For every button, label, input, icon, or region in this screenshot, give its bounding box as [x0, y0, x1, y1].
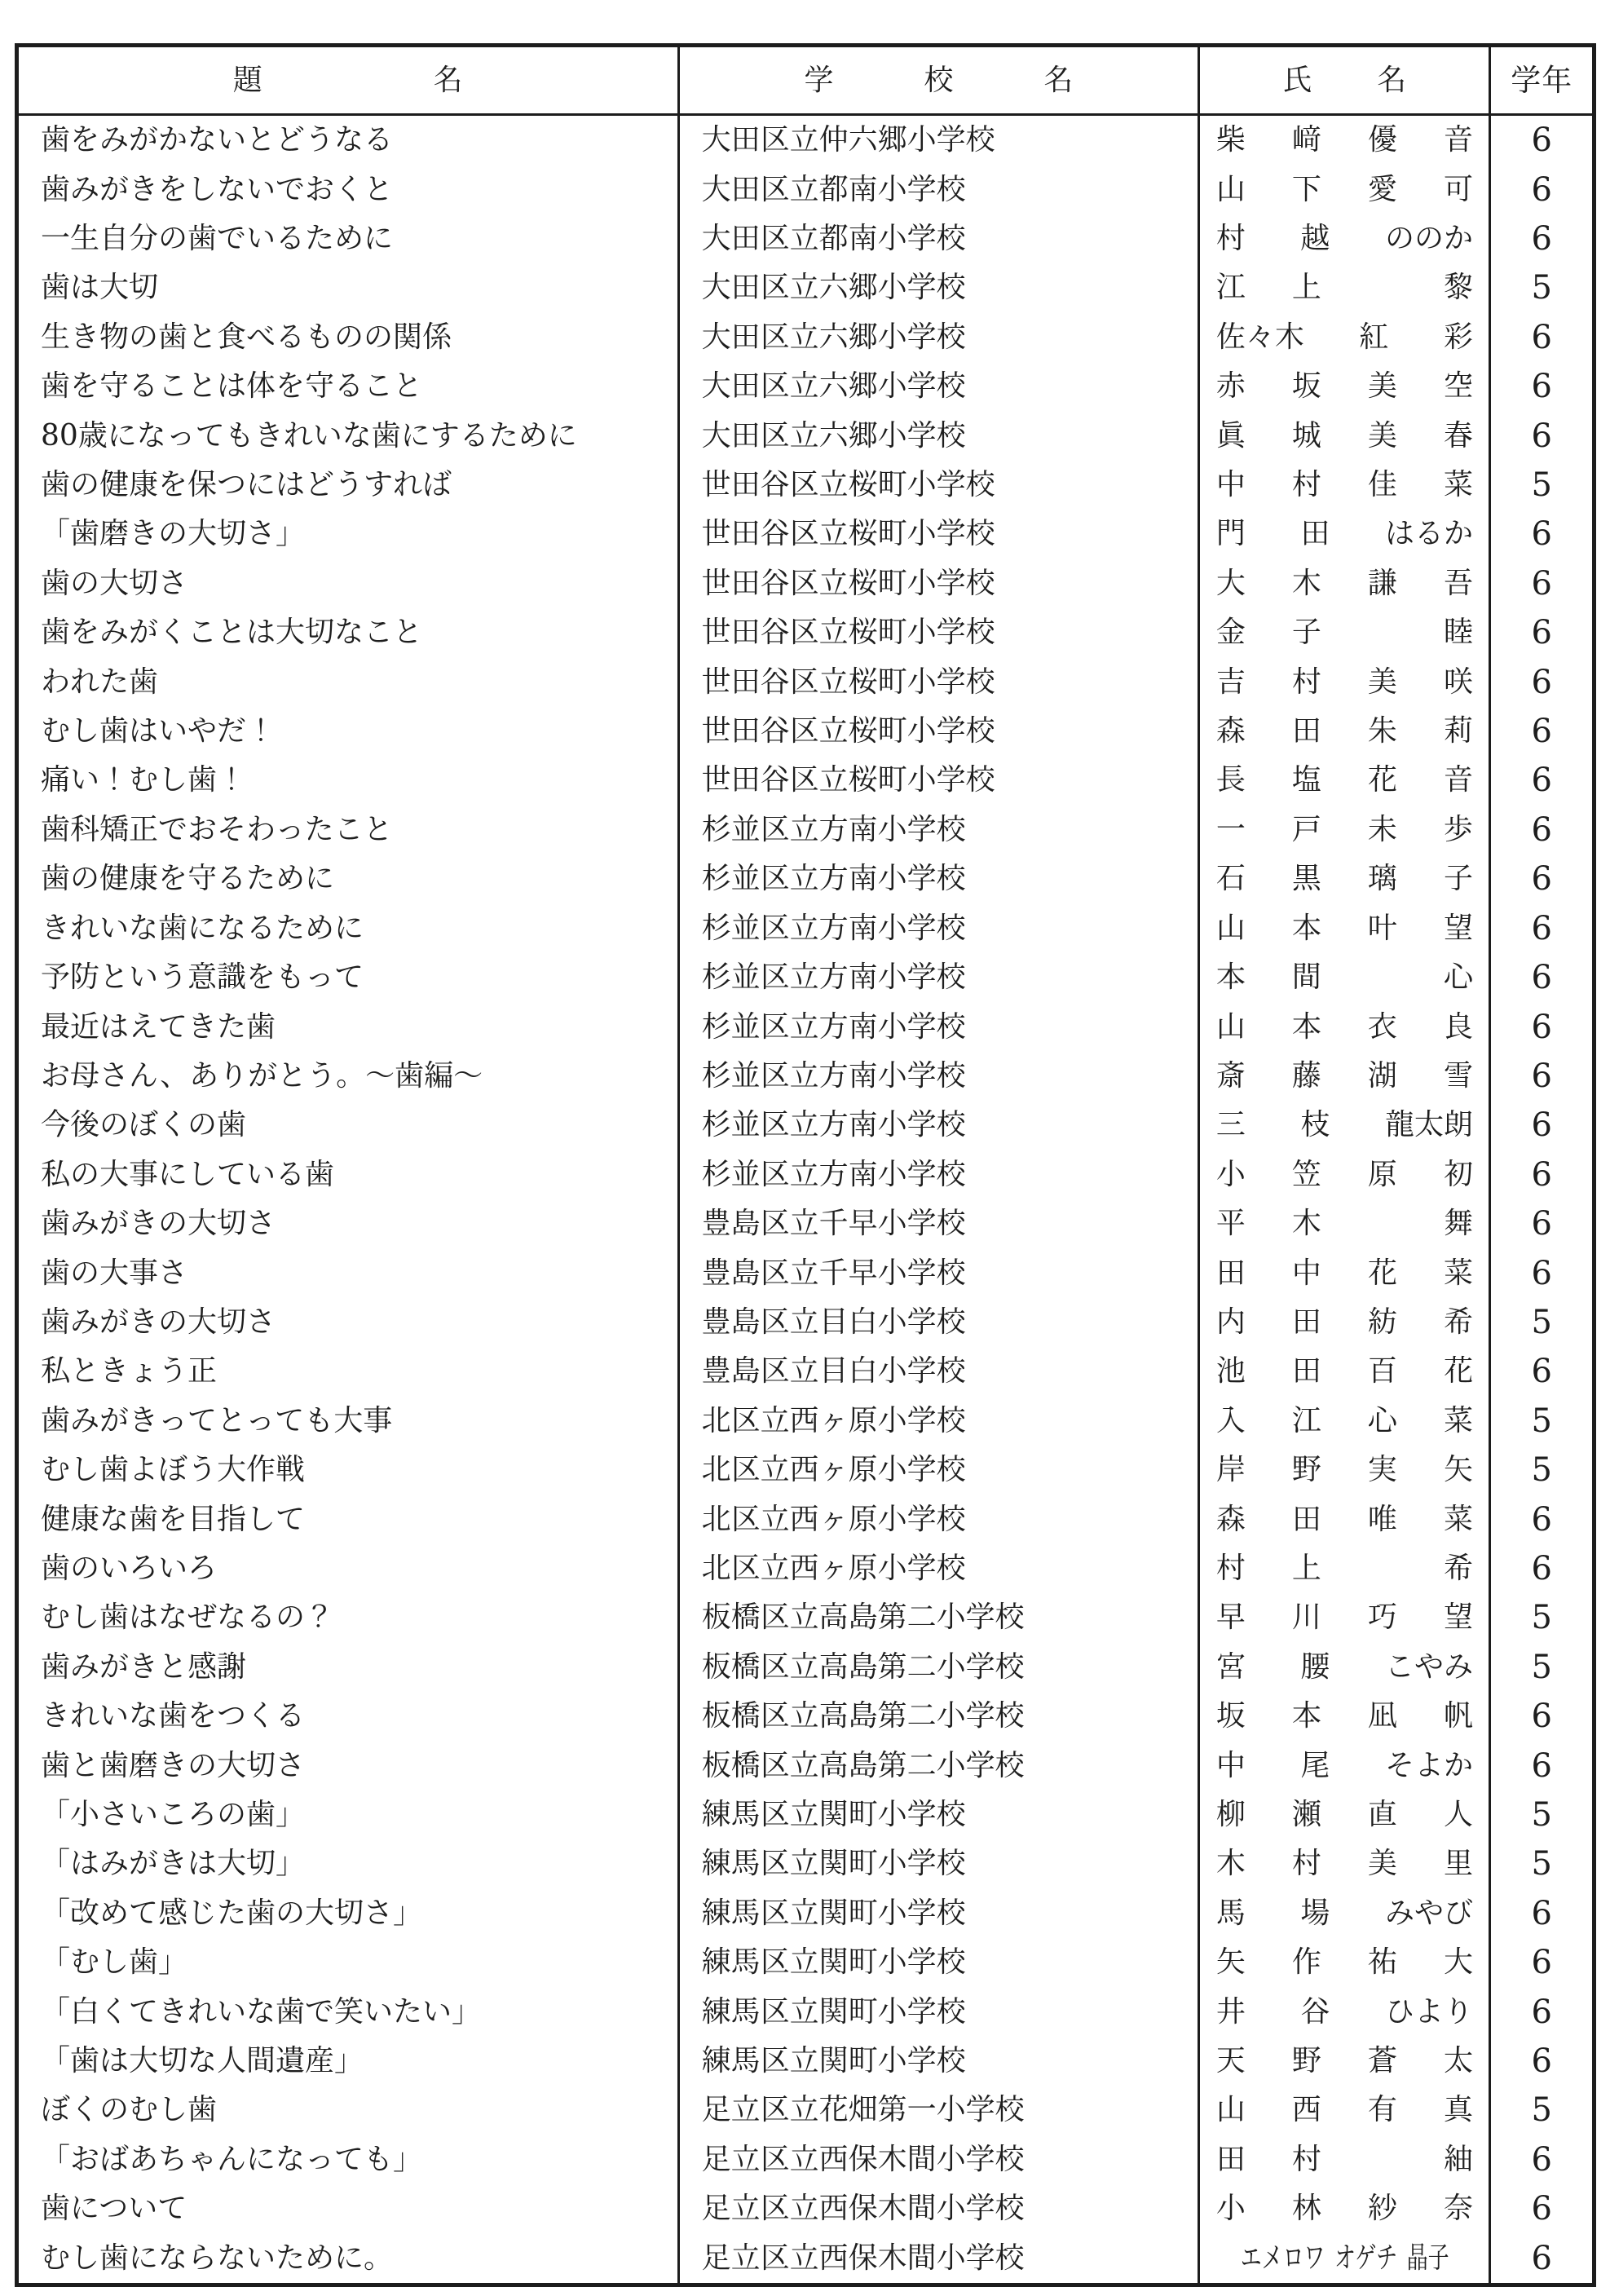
cell-title: 歯のいろいろ: [19, 1544, 680, 1593]
student-name-segment: 﨑: [1292, 126, 1321, 155]
cell-title: 今後のぼくの歯: [19, 1101, 680, 1150]
table-row: 今後のぼくの歯杉並区立方南小学校三枝龍太朗6: [19, 1101, 1592, 1150]
cell-title: 生き物の歯と食べるものの関係: [19, 313, 680, 362]
student-name-segment: 望: [1444, 1603, 1473, 1632]
cell-grade: 6: [1491, 953, 1592, 1002]
student-name-segment: 優: [1368, 126, 1397, 155]
student-name-segment: 愛: [1368, 175, 1397, 205]
student-name-box: 斎藤湖雪: [1216, 1062, 1473, 1091]
cell-name: 村上 希: [1200, 1544, 1491, 1593]
student-name-segment: 謙: [1368, 569, 1397, 598]
student-name-segment: 真: [1444, 2095, 1473, 2125]
student-name-segment: 原: [1368, 1160, 1397, 1190]
document-page: 題名 学校名 氏名 学年 歯をみがかないとどうなる大田区立仲六郷小学校柴﨑優音6…: [0, 0, 1610, 2296]
header-title-box: 題名: [233, 66, 463, 95]
student-name-segment: 尾: [1300, 1751, 1330, 1781]
student-name-segment: 可: [1444, 175, 1473, 205]
cell-name: 森田朱莉: [1200, 707, 1491, 756]
student-name-segment: 木: [1216, 1849, 1246, 1879]
cell-title: 一生自分の歯でいるために: [19, 214, 680, 263]
cell-title: お母さん、ありがとう。〜歯編〜: [19, 1052, 680, 1101]
table-row: 「白くてきれいな歯で笑いたい」練馬区立関町小学校井谷ひより6: [19, 1987, 1592, 2036]
cell-grade: 6: [1491, 165, 1592, 214]
cell-school: 板橋区立高島第二小学校: [680, 1741, 1201, 1790]
cell-grade: 6: [1491, 362, 1592, 411]
cell-school: 北区立西ヶ原小学校: [680, 1495, 1201, 1543]
student-name-segment: 矢: [1444, 1455, 1473, 1485]
cell-name: 小林紗奈: [1200, 2184, 1491, 2233]
header-grade: 学年: [1491, 47, 1592, 113]
cell-school: 練馬区立関町小学校: [680, 1839, 1201, 1888]
student-name-segment: 間: [1292, 963, 1321, 992]
student-name-segment: 小: [1216, 1160, 1246, 1190]
student-name-segment: 野: [1292, 2047, 1321, 2076]
cell-grade: 6: [1491, 411, 1592, 460]
table-row: 健康な歯を目指して北区立西ヶ原小学校森田唯菜6: [19, 1495, 1592, 1543]
student-name-box: 山西有真: [1216, 2095, 1473, 2125]
student-name-segment: 花: [1444, 1357, 1473, 1386]
cell-name: 本間 心: [1200, 953, 1491, 1002]
cell-grade: 6: [1491, 116, 1592, 165]
student-name-segment: 黒: [1292, 864, 1321, 894]
student-name-segment: 蒼: [1368, 2047, 1397, 2076]
cell-name: 森田唯菜: [1200, 1495, 1491, 1543]
cell-grade: 6: [1491, 806, 1592, 854]
student-name-segment: 場: [1300, 1899, 1330, 1928]
student-name-segment: 眞: [1216, 422, 1246, 451]
cell-name: 石黒璃子: [1200, 854, 1491, 903]
student-name-segment: 希: [1444, 1308, 1473, 1337]
student-name-segment: 江: [1292, 1406, 1321, 1436]
cell-school: 豊島区立千早小学校: [680, 1199, 1201, 1248]
student-name-segment: 晶子: [1407, 2244, 1449, 2273]
table-row: 「改めて感じた歯の大切さ」練馬区立関町小学校馬場みやび6: [19, 1889, 1592, 1938]
student-name-segment: [1368, 618, 1397, 647]
student-name-segment: 作: [1292, 1948, 1321, 1977]
cell-title: きれいな歯になるために: [19, 904, 680, 953]
cell-school: 足立区立花畑第一小学校: [680, 2086, 1201, 2135]
table-row: 生き物の歯と食べるものの関係大田区立六郷小学校佐々木紅彩6: [19, 313, 1592, 362]
table-body: 歯をみがかないとどうなる大田区立仲六郷小学校柴﨑優音6歯みがきをしないでおくと大…: [19, 116, 1592, 2283]
table-row: 歯について足立区立西保木間小学校小林紗奈6: [19, 2184, 1592, 2233]
cell-school: 北区立西ヶ原小学校: [680, 1446, 1201, 1495]
student-name-segment: 腰: [1300, 1653, 1330, 1682]
student-name-segment: 山: [1216, 175, 1246, 205]
table-row: 一生自分の歯でいるために大田区立都南小学校村越ののか6: [19, 214, 1592, 263]
student-name-segment: 石: [1216, 864, 1246, 894]
student-name-segment: 吉: [1216, 668, 1246, 697]
student-name-segment: 門: [1216, 519, 1246, 549]
student-name-box: 中村佳菜: [1216, 470, 1473, 500]
student-name-box: 井谷ひより: [1216, 1998, 1473, 2027]
student-name-box: 金子 睦: [1216, 618, 1473, 647]
cell-title: ぼくのむし歯: [19, 2086, 680, 2135]
cell-name: 山西有真: [1200, 2086, 1491, 2135]
student-name-segment: 佐々木: [1216, 323, 1304, 352]
student-name-segment: 田: [1300, 519, 1330, 549]
student-name-segment: 黎: [1444, 273, 1473, 302]
student-name-box: 山下愛可: [1216, 175, 1473, 205]
student-name-segment: 直: [1368, 1800, 1397, 1830]
student-name-box: 田村 紬: [1216, 2145, 1473, 2175]
cell-school: 大田区立六郷小学校: [680, 263, 1201, 312]
student-name-box: 柳瀬直人: [1216, 1800, 1473, 1830]
student-name-segment: 田: [1292, 1505, 1321, 1534]
cell-school: 板橋区立高島第二小学校: [680, 1692, 1201, 1741]
student-name-segment: 子: [1292, 618, 1321, 647]
student-name-segment: 野: [1292, 1455, 1321, 1485]
student-name-segment: 笠: [1292, 1160, 1321, 1190]
cell-school: 世田谷区立桜町小学校: [680, 657, 1201, 706]
cell-title: 「歯磨きの大切さ」: [19, 510, 680, 559]
cell-title: むし歯にならないために。: [19, 2233, 680, 2282]
cell-school: 大田区立都南小学校: [680, 214, 1201, 263]
cell-name: 坂本凪帆: [1200, 1692, 1491, 1741]
cell-grade: 6: [1491, 657, 1592, 706]
student-name-segment: 舞: [1444, 1209, 1473, 1239]
table-row: われた歯世田谷区立桜町小学校吉村美咲6: [19, 657, 1592, 706]
student-name-segment: 早: [1216, 1603, 1246, 1632]
student-name-segment: 矢: [1216, 1948, 1246, 1977]
cell-school: 世田谷区立桜町小学校: [680, 461, 1201, 510]
student-name-segment: 雪: [1444, 1062, 1473, 1091]
student-name-segment: 上: [1292, 273, 1321, 302]
table-row: むし歯はなぜなるの？板橋区立高島第二小学校早川巧望5: [19, 1593, 1592, 1642]
student-name-segment: 村: [1292, 2145, 1321, 2175]
cell-grade: 5: [1491, 1397, 1592, 1446]
student-name-segment: 音: [1444, 126, 1473, 155]
student-name-segment: 吾: [1444, 569, 1473, 598]
cell-school: 豊島区立千早小学校: [680, 1248, 1201, 1297]
student-name-box: 長塩花音: [1216, 766, 1473, 795]
cell-grade: 6: [1491, 904, 1592, 953]
cell-school: 大田区立六郷小学校: [680, 313, 1201, 362]
header-name-box: 氏名: [1282, 66, 1406, 95]
student-name-segment: 望: [1444, 914, 1473, 943]
student-name-segment: 森: [1216, 1505, 1246, 1534]
cell-grade: 6: [1491, 2184, 1592, 2233]
student-name-segment: 一: [1216, 815, 1246, 845]
table-row: 「小さいころの歯」練馬区立関町小学校柳瀬直人5: [19, 1790, 1592, 1839]
cell-school: 杉並区立方南小学校: [680, 1052, 1201, 1101]
student-name-segment: 祐: [1368, 1948, 1397, 1977]
student-name-segment: 大: [1216, 569, 1246, 598]
cell-name: 柳瀬直人: [1200, 1790, 1491, 1839]
table-row: 予防という意識をもって杉並区立方南小学校本間 心6: [19, 953, 1592, 1002]
student-name-segment: [1368, 1554, 1397, 1583]
table-row: きれいな歯をつくる板橋区立高島第二小学校坂本凪帆6: [19, 1692, 1592, 1741]
table-row: きれいな歯になるために杉並区立方南小学校山本叶望6: [19, 904, 1592, 953]
cell-title: 「小さいころの歯」: [19, 1790, 680, 1839]
cell-grade: 5: [1491, 1643, 1592, 1692]
student-name-segment: 菜: [1444, 1505, 1473, 1534]
cell-school: 杉並区立方南小学校: [680, 806, 1201, 854]
table-row: むし歯よぼう大作戦北区立西ヶ原小学校岸野実矢5: [19, 1446, 1592, 1495]
student-name-segment: オゲチ: [1334, 2244, 1397, 2273]
student-name-box: 馬場みやび: [1216, 1899, 1473, 1928]
cell-grade: 6: [1491, 1199, 1592, 1248]
cell-title: 歯の健康を保つにはどうすれば: [19, 461, 680, 510]
cell-name: 平木 舞: [1200, 1199, 1491, 1248]
cell-name: 池田百花: [1200, 1347, 1491, 1396]
table-row: 歯を守ることは体を守ること大田区立六郷小学校赤坂美空6: [19, 362, 1592, 411]
student-name-segment: 大: [1444, 1948, 1473, 1977]
student-name-segment: 心: [1444, 963, 1473, 992]
student-name-segment: 村: [1216, 224, 1246, 254]
student-name-segment: 有: [1368, 2095, 1397, 2125]
student-name-segment: そよか: [1385, 1751, 1473, 1781]
student-name-segment: 上: [1292, 1554, 1321, 1583]
student-name-segment: はるか: [1385, 519, 1473, 549]
cell-name: 天野蒼太: [1200, 2037, 1491, 2086]
cell-title: 歯について: [19, 2184, 680, 2233]
table-row: 歯のいろいろ北区立西ヶ原小学校村上 希6: [19, 1544, 1592, 1593]
cell-title: 健康な歯を目指して: [19, 1495, 680, 1543]
student-name-segment: 中: [1292, 1259, 1321, 1288]
student-name-box: 坂本凪帆: [1216, 1702, 1473, 1731]
student-name-segment: 花: [1368, 1259, 1397, 1288]
student-name-segment: 菜: [1444, 1259, 1473, 1288]
student-name-segment: 叶: [1368, 914, 1397, 943]
cell-grade: 5: [1491, 2086, 1592, 2135]
cell-grade: 5: [1491, 1298, 1592, 1347]
cell-school: 大田区立六郷小学校: [680, 411, 1201, 460]
student-name-segment: 春: [1444, 422, 1473, 451]
cell-name: 長塩花音: [1200, 756, 1491, 805]
table-row: 歯みがきの大切さ豊島区立千早小学校平木 舞6: [19, 1199, 1592, 1248]
cell-school: 練馬区立関町小学校: [680, 1987, 1201, 2036]
student-name-box: 田中花菜: [1216, 1259, 1473, 1288]
cell-title: 歯と歯磨きの大切さ: [19, 1741, 680, 1790]
student-name-segment: 美: [1368, 1849, 1397, 1879]
header-name: 氏名: [1200, 47, 1491, 113]
student-name-segment: 紡: [1368, 1308, 1397, 1337]
student-name-segment: 城: [1292, 422, 1321, 451]
cell-name: 宮腰こやみ: [1200, 1643, 1491, 1692]
cell-name: 門田はるか: [1200, 510, 1491, 559]
cell-school: 練馬区立関町小学校: [680, 1938, 1201, 1987]
cell-grade: 6: [1491, 313, 1592, 362]
table-row: 歯科矯正でおそわったこと杉並区立方南小学校一戸未歩6: [19, 806, 1592, 854]
student-name-segment: 美: [1368, 422, 1397, 451]
student-name-segment: 衣: [1368, 1013, 1397, 1042]
cell-school: 練馬区立関町小学校: [680, 2037, 1201, 2086]
header-school-char: 名: [1043, 66, 1073, 95]
student-name-segment: 田: [1216, 1259, 1246, 1288]
cell-grade: 5: [1491, 1790, 1592, 1839]
cell-grade: 6: [1491, 854, 1592, 903]
table-row: 歯みがきをしないでおくと大田区立都南小学校山下愛可6: [19, 165, 1592, 214]
header-title: 題名: [19, 47, 680, 113]
table-row: むし歯はいやだ！世田谷区立桜町小学校森田朱莉6: [19, 707, 1592, 756]
cell-title: 「おばあちゃんになっても」: [19, 2135, 680, 2184]
cell-title: 歯を守ることは体を守ること: [19, 362, 680, 411]
table-row: 私ときょう正豊島区立目白小学校池田百花6: [19, 1347, 1592, 1396]
cell-grade: 5: [1491, 263, 1592, 312]
cell-grade: 6: [1491, 1544, 1592, 1593]
student-name-segment: 中: [1216, 470, 1246, 500]
student-name-segment: 越: [1300, 224, 1330, 254]
cell-title: 歯をみがかないとどうなる: [19, 116, 680, 165]
student-name-box: 山本叶望: [1216, 914, 1473, 943]
header-school-char: 校: [924, 66, 953, 95]
cell-title: 「歯は大切な人間遺産」: [19, 2037, 680, 2086]
cell-title: 歯みがきをしないでおくと: [19, 165, 680, 214]
cell-title: われた歯: [19, 657, 680, 706]
student-name-segment: [1368, 1209, 1397, 1239]
table-row: お母さん、ありがとう。〜歯編〜杉並区立方南小学校斎藤湖雪6: [19, 1052, 1592, 1101]
student-name-segment: エメロワ: [1241, 2244, 1325, 2273]
student-name-segment: 池: [1216, 1357, 1246, 1386]
student-name-segment: 璃: [1368, 864, 1397, 894]
student-name-segment: 村: [1292, 668, 1321, 697]
student-name-box: 入江心菜: [1216, 1406, 1473, 1436]
cell-grade: 6: [1491, 559, 1592, 608]
student-name-segment: 本: [1292, 1702, 1321, 1731]
cell-name: 吉村美咲: [1200, 657, 1491, 706]
table-row: 歯の健康を守るために杉並区立方南小学校石黒璃子6: [19, 854, 1592, 903]
student-name-segment: 柴: [1216, 126, 1246, 155]
cell-name: 金子 睦: [1200, 608, 1491, 657]
header-school-char: 学: [805, 66, 834, 95]
cell-school: 板橋区立高島第二小学校: [680, 1643, 1201, 1692]
student-name-box: 大木謙吾: [1216, 569, 1473, 598]
student-name-segment: 紅: [1359, 323, 1388, 352]
header-school-box: 学校名: [805, 66, 1074, 95]
student-name-segment: 未: [1368, 815, 1397, 845]
student-name-segment: 入: [1216, 1406, 1246, 1436]
student-name-segment: 美: [1368, 668, 1397, 697]
student-name-box: 森田朱莉: [1216, 717, 1473, 746]
cell-name: 斎藤湖雪: [1200, 1052, 1491, 1101]
student-name-box: 眞城美春: [1216, 422, 1473, 451]
cell-school: 大田区立六郷小学校: [680, 362, 1201, 411]
cell-school: 北区立西ヶ原小学校: [680, 1397, 1201, 1446]
student-name-segment: 下: [1292, 175, 1321, 205]
cell-school: 杉並区立方南小学校: [680, 904, 1201, 953]
header-title-char: 題: [233, 66, 262, 95]
student-name-segment: みやび: [1385, 1899, 1473, 1928]
cell-title: 歯みがきってとっても大事: [19, 1397, 680, 1446]
table-row: 「歯は大切な人間遺産」練馬区立関町小学校天野蒼太6: [19, 2037, 1592, 2086]
cell-school: 豊島区立目白小学校: [680, 1298, 1201, 1347]
cell-school: 練馬区立関町小学校: [680, 1790, 1201, 1839]
student-name-segment: 奈: [1444, 2194, 1473, 2223]
cell-grade: 6: [1491, 2233, 1592, 2282]
student-name-segment: 本: [1292, 914, 1321, 943]
table-row: 歯と歯磨きの大切さ板橋区立高島第二小学校中尾そよか6: [19, 1741, 1592, 1790]
student-name-segment: 心: [1368, 1406, 1397, 1436]
table-row: 歯みがきと感謝板橋区立高島第二小学校宮腰こやみ5: [19, 1643, 1592, 1692]
cell-name: 井谷ひより: [1200, 1987, 1491, 2036]
cell-grade: 6: [1491, 1248, 1592, 1297]
student-name-segment: 莉: [1444, 717, 1473, 746]
cell-school: 足立区立西保木間小学校: [680, 2184, 1201, 2233]
cell-title: 「改めて感じた歯の大切さ」: [19, 1889, 680, 1938]
student-name-box: 一戸未歩: [1216, 815, 1473, 845]
cell-school: 杉並区立方南小学校: [680, 854, 1201, 903]
cell-name: 山本衣良: [1200, 1002, 1491, 1051]
student-name-segment: 本: [1292, 1013, 1321, 1042]
table-row: 歯をみがかないとどうなる大田区立仲六郷小学校柴﨑優音6: [19, 116, 1592, 165]
table-row: 歯は大切大田区立六郷小学校江上 黎5: [19, 263, 1592, 312]
cell-school: 世田谷区立桜町小学校: [680, 756, 1201, 805]
cell-name: 江上 黎: [1200, 263, 1491, 312]
student-name-box: 三枝龍太朗: [1216, 1110, 1473, 1140]
student-name-segment: 村: [1292, 470, 1321, 500]
student-name-segment: 巧: [1368, 1603, 1397, 1632]
student-name-segment: [1368, 2145, 1397, 2175]
cell-grade: 6: [1491, 2037, 1592, 2086]
student-name-segment: 川: [1292, 1603, 1321, 1632]
student-name-segment: 山: [1216, 2095, 1246, 2125]
cell-name: 岸野実矢: [1200, 1446, 1491, 1495]
cell-title: 「むし歯」: [19, 1938, 680, 1987]
student-name-box: 吉村美咲: [1216, 668, 1473, 697]
cell-grade: 6: [1491, 2135, 1592, 2184]
student-name-box: 平木 舞: [1216, 1209, 1473, 1239]
student-name-segment: 村: [1216, 1554, 1246, 1583]
cell-grade: 6: [1491, 510, 1592, 559]
cell-grade: 5: [1491, 1839, 1592, 1888]
student-name-box: 矢作祐大: [1216, 1948, 1473, 1977]
cell-grade: 6: [1491, 1150, 1592, 1199]
cell-school: 杉並区立方南小学校: [680, 953, 1201, 1002]
student-name-segment: 天: [1216, 2047, 1246, 2076]
student-name-segment: 花: [1368, 766, 1397, 795]
cell-title: むし歯はいやだ！: [19, 707, 680, 756]
cell-name: 佐々木紅彩: [1200, 313, 1491, 362]
student-name-segment: 凪: [1368, 1702, 1397, 1731]
student-name-segment: 林: [1292, 2194, 1321, 2223]
student-name-segment: 朱: [1368, 717, 1397, 746]
student-name-box: 本間 心: [1216, 963, 1473, 992]
cell-grade: 5: [1491, 1593, 1592, 1642]
student-name-segment: 木: [1292, 1209, 1321, 1239]
header-school: 学校名: [680, 47, 1201, 113]
table-row: 「歯磨きの大切さ」世田谷区立桜町小学校門田はるか6: [19, 510, 1592, 559]
student-name-segment: 木: [1292, 569, 1321, 598]
table-row: 歯の大事さ豊島区立千早小学校田中花菜6: [19, 1248, 1592, 1297]
student-name-segment: 帆: [1444, 1702, 1473, 1731]
cell-title: 歯みがきの大切さ: [19, 1199, 680, 1248]
cell-grade: 5: [1491, 1446, 1592, 1495]
cell-title: 歯みがきの大切さ: [19, 1298, 680, 1347]
student-name-segment: 田: [1216, 2145, 1246, 2175]
cell-name: 中村佳菜: [1200, 461, 1491, 510]
student-name-box: 小林紗奈: [1216, 2194, 1473, 2223]
cell-grade: 6: [1491, 608, 1592, 657]
cell-name: 眞城美春: [1200, 411, 1491, 460]
student-name-segment: 坂: [1216, 1702, 1246, 1731]
cell-grade: 6: [1491, 214, 1592, 263]
cell-name: 田中花菜: [1200, 1248, 1491, 1297]
student-name-segment: 初: [1444, 1160, 1473, 1190]
cell-grade: 6: [1491, 1495, 1592, 1543]
cell-name: 一戸未歩: [1200, 806, 1491, 854]
student-name-segment: [1368, 273, 1397, 302]
cell-name: 田村 紬: [1200, 2135, 1491, 2184]
cell-name: 山下愛可: [1200, 165, 1491, 214]
cell-name: 早川巧望: [1200, 1593, 1491, 1642]
cell-school: 豊島区立目白小学校: [680, 1347, 1201, 1396]
student-name-segment: 美: [1368, 372, 1397, 401]
student-name-segment: 岸: [1216, 1455, 1246, 1485]
student-name-segment: 宮: [1216, 1653, 1246, 1682]
student-name-segment: 紗: [1368, 2194, 1397, 2223]
cell-name: 柴﨑優音: [1200, 116, 1491, 165]
cell-school: 杉並区立方南小学校: [680, 1101, 1201, 1150]
